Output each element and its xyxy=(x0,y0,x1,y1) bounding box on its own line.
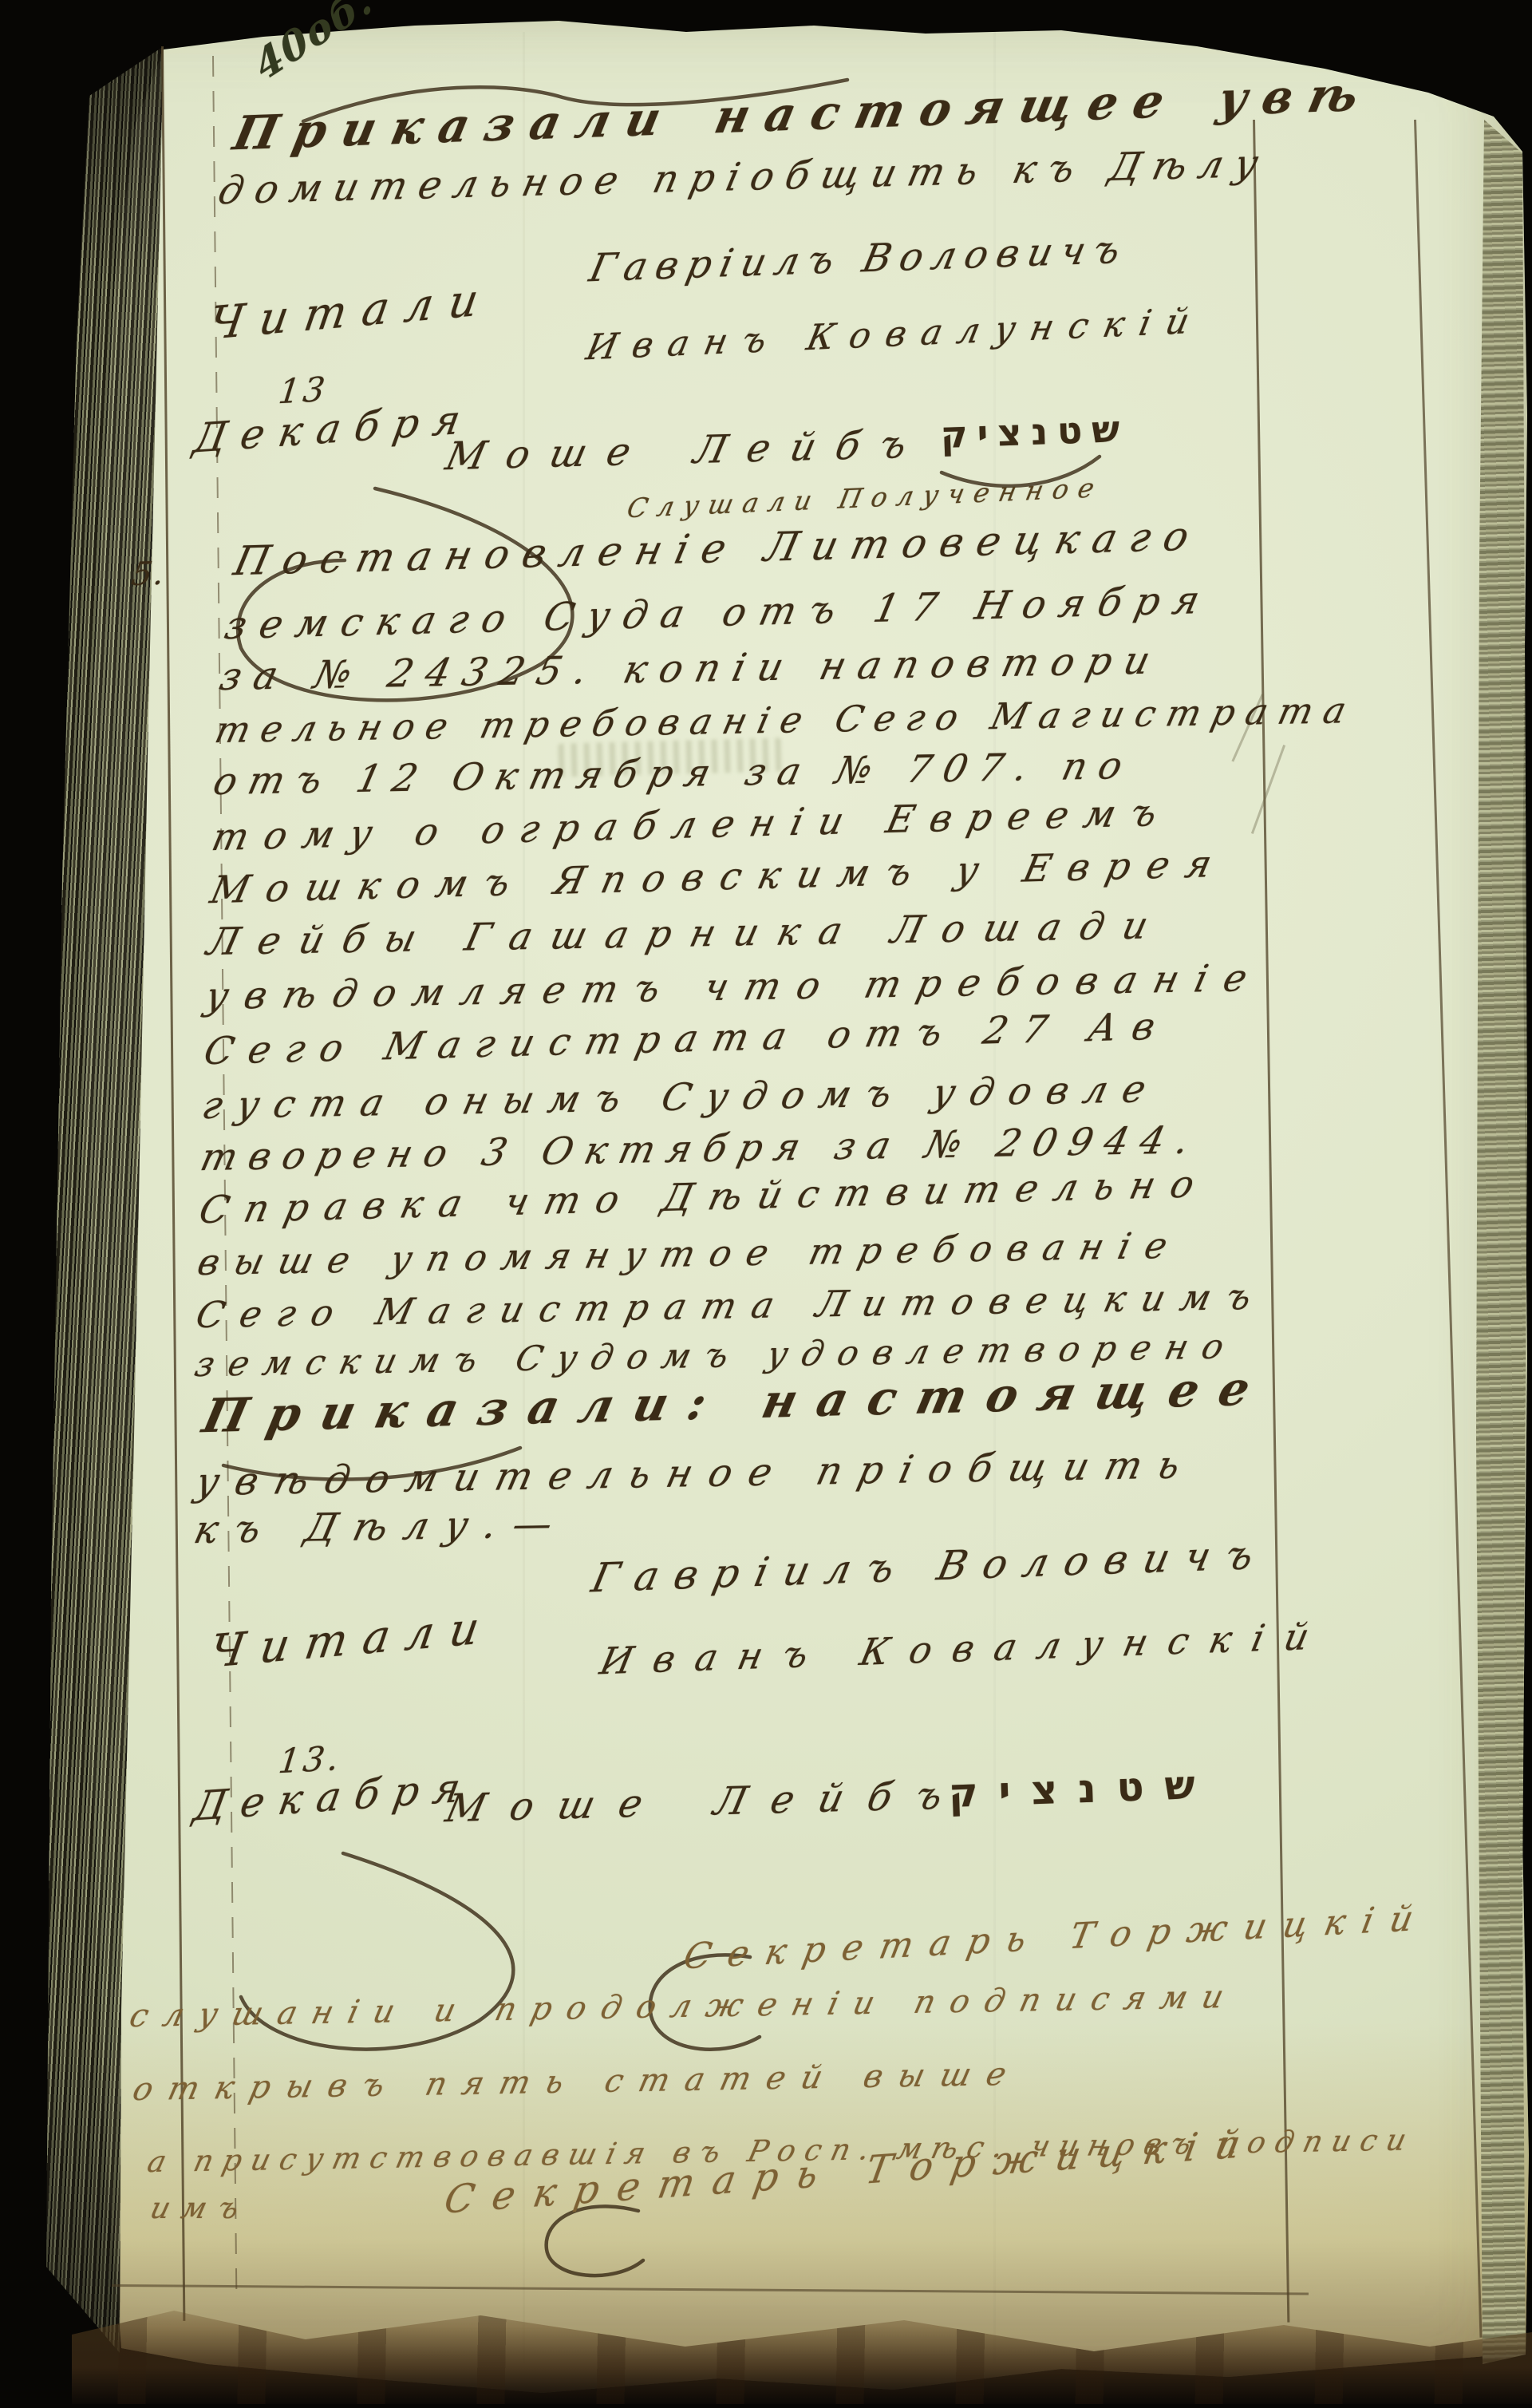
photograph-of-manuscript: 40об. Приказали настоящее увѣ домительно… xyxy=(0,0,1532,2408)
hebrew-signature: שטנציק xyxy=(948,1764,1216,1813)
margin-note-day: 13 xyxy=(277,373,330,409)
clerk-certification-line: имъ xyxy=(148,2193,254,2223)
hebrew-signature: שטנציק xyxy=(940,410,1130,453)
resolution-line: къ Дѣлу.— xyxy=(191,1505,573,1549)
margin-item-number: 5. xyxy=(129,558,168,591)
